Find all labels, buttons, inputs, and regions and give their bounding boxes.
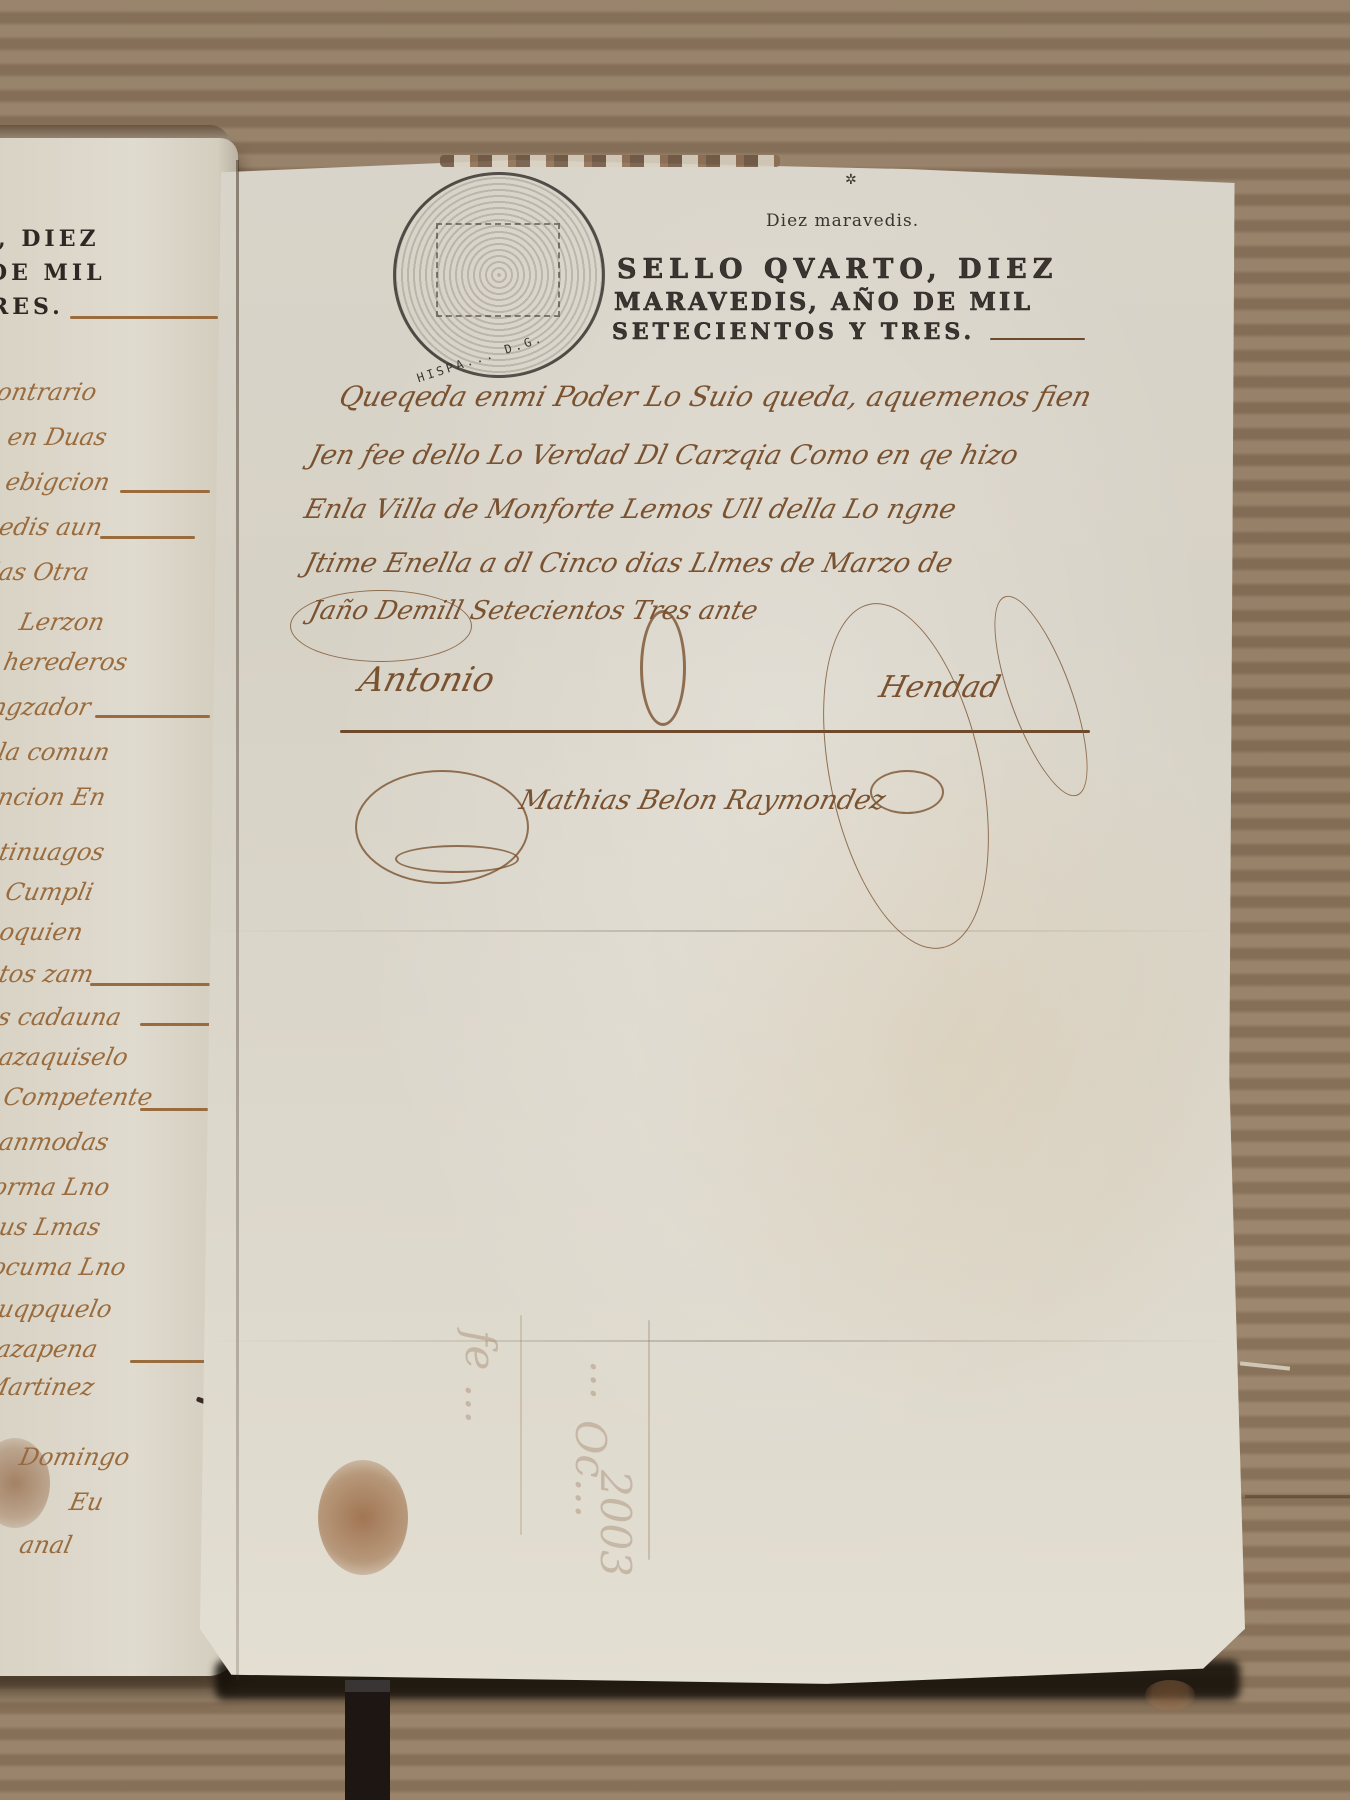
- signature-antonio: Antonio: [355, 660, 499, 700]
- left-stamp-line-2: DE MIL: [0, 260, 106, 286]
- handwritten-line-1: Queqeda enmi Poder Lo Suio queda, aqueme…: [336, 380, 1095, 413]
- bleed-through-rule: [648, 1320, 650, 1560]
- left-line: nedis aun: [0, 513, 105, 541]
- left-rule: [95, 715, 210, 718]
- header-rule: [990, 338, 1085, 340]
- rubric-flourish: [290, 590, 472, 662]
- left-line: auqpquelo: [0, 1295, 115, 1323]
- left-line: ntinuagos: [0, 838, 107, 866]
- printed-header-line-1: SELLO QVARTO, DIEZ: [617, 254, 1058, 285]
- bleed-through-text: 2003: [591, 1470, 640, 1577]
- left-stamp-line-3: RES.: [0, 294, 64, 320]
- left-line: Eu: [67, 1488, 106, 1516]
- left-line: Martinez: [0, 1373, 97, 1401]
- left-line: as cadauna: [0, 1003, 124, 1031]
- left-rule: [70, 316, 218, 319]
- stain: [1145, 1680, 1195, 1710]
- printed-denomination: Diez maravedis.: [766, 211, 919, 231]
- seal-coat-of-arms-icon: [436, 223, 560, 317]
- left-line: Lerzon: [17, 608, 107, 636]
- left-line: contrario: [0, 378, 99, 406]
- royal-seal-stamp: HISPA... D.G.: [393, 172, 605, 378]
- bleed-through-text: fe ...: [456, 1330, 505, 1424]
- left-rule: [90, 983, 210, 986]
- left-line: ela comun: [0, 738, 112, 766]
- left-rule: [130, 1360, 210, 1363]
- left-line: Competente: [1, 1083, 155, 1111]
- left-stamp-line-1: , DIEZ: [0, 226, 100, 252]
- rubric-flourish: [395, 845, 519, 873]
- torn-top-edge: [440, 155, 780, 167]
- bookmark-ribbon: [345, 1680, 390, 1800]
- left-line: en Duas: [5, 423, 110, 451]
- handwritten-line-2: Jen fee dello Lo Verdad Dl Carzqia Como …: [306, 440, 1021, 471]
- left-line: encion En: [0, 783, 108, 811]
- left-line: das Otra: [0, 558, 92, 586]
- left-line: ntos zam: [0, 960, 96, 988]
- left-line: bus Lmas: [0, 1213, 103, 1241]
- rubric-flourish: [640, 610, 686, 726]
- left-line: s herederos: [0, 648, 130, 676]
- left-line: forma Lno: [0, 1173, 112, 1201]
- printed-ornament-icon: ✲: [845, 172, 857, 188]
- left-rule: [100, 536, 195, 539]
- left-page: , DIEZ DE MIL RES. contrario en Duas a e…: [0, 138, 238, 1676]
- fold-line: [210, 1340, 1230, 1342]
- handwritten-line-4: Jtime Enella a dl Cinco dias Llmes de Ma…: [301, 548, 956, 579]
- left-line: uanmodas: [0, 1128, 111, 1156]
- cardboard-seam-right: [1245, 1495, 1350, 1498]
- left-rule: [140, 1023, 220, 1026]
- left-line: mgzador: [0, 693, 93, 721]
- fold-line: [210, 930, 1230, 932]
- left-line: anal: [17, 1531, 75, 1559]
- left-line: Loquien: [0, 918, 86, 946]
- stain: [318, 1460, 408, 1575]
- left-line: gazaquiselo: [0, 1043, 131, 1071]
- rubric-flourish: [870, 770, 944, 814]
- left-line: a ebigcion: [0, 468, 113, 496]
- bookmark-ribbon-tip: [345, 1680, 390, 1692]
- binding-crease: [236, 160, 239, 1680]
- left-rule: [120, 490, 210, 493]
- left-line: zazapena: [0, 1335, 100, 1363]
- printed-header-line-2: MARAVEDIS, AÑO DE MIL: [614, 287, 1033, 316]
- left-line: e Cumpli: [0, 878, 96, 906]
- handwritten-line-3: Enla Villa de Monforte Lemos Ull della L…: [301, 494, 959, 525]
- bleed-through-rule: [520, 1315, 522, 1535]
- bleed-through-text: ...: [581, 1360, 630, 1400]
- signature-rule: [340, 730, 1090, 733]
- left-rule: [140, 1108, 215, 1111]
- left-line: locuma Lno: [0, 1253, 129, 1281]
- printed-header-line-3: SETECIENTOS Y TRES.: [612, 319, 975, 345]
